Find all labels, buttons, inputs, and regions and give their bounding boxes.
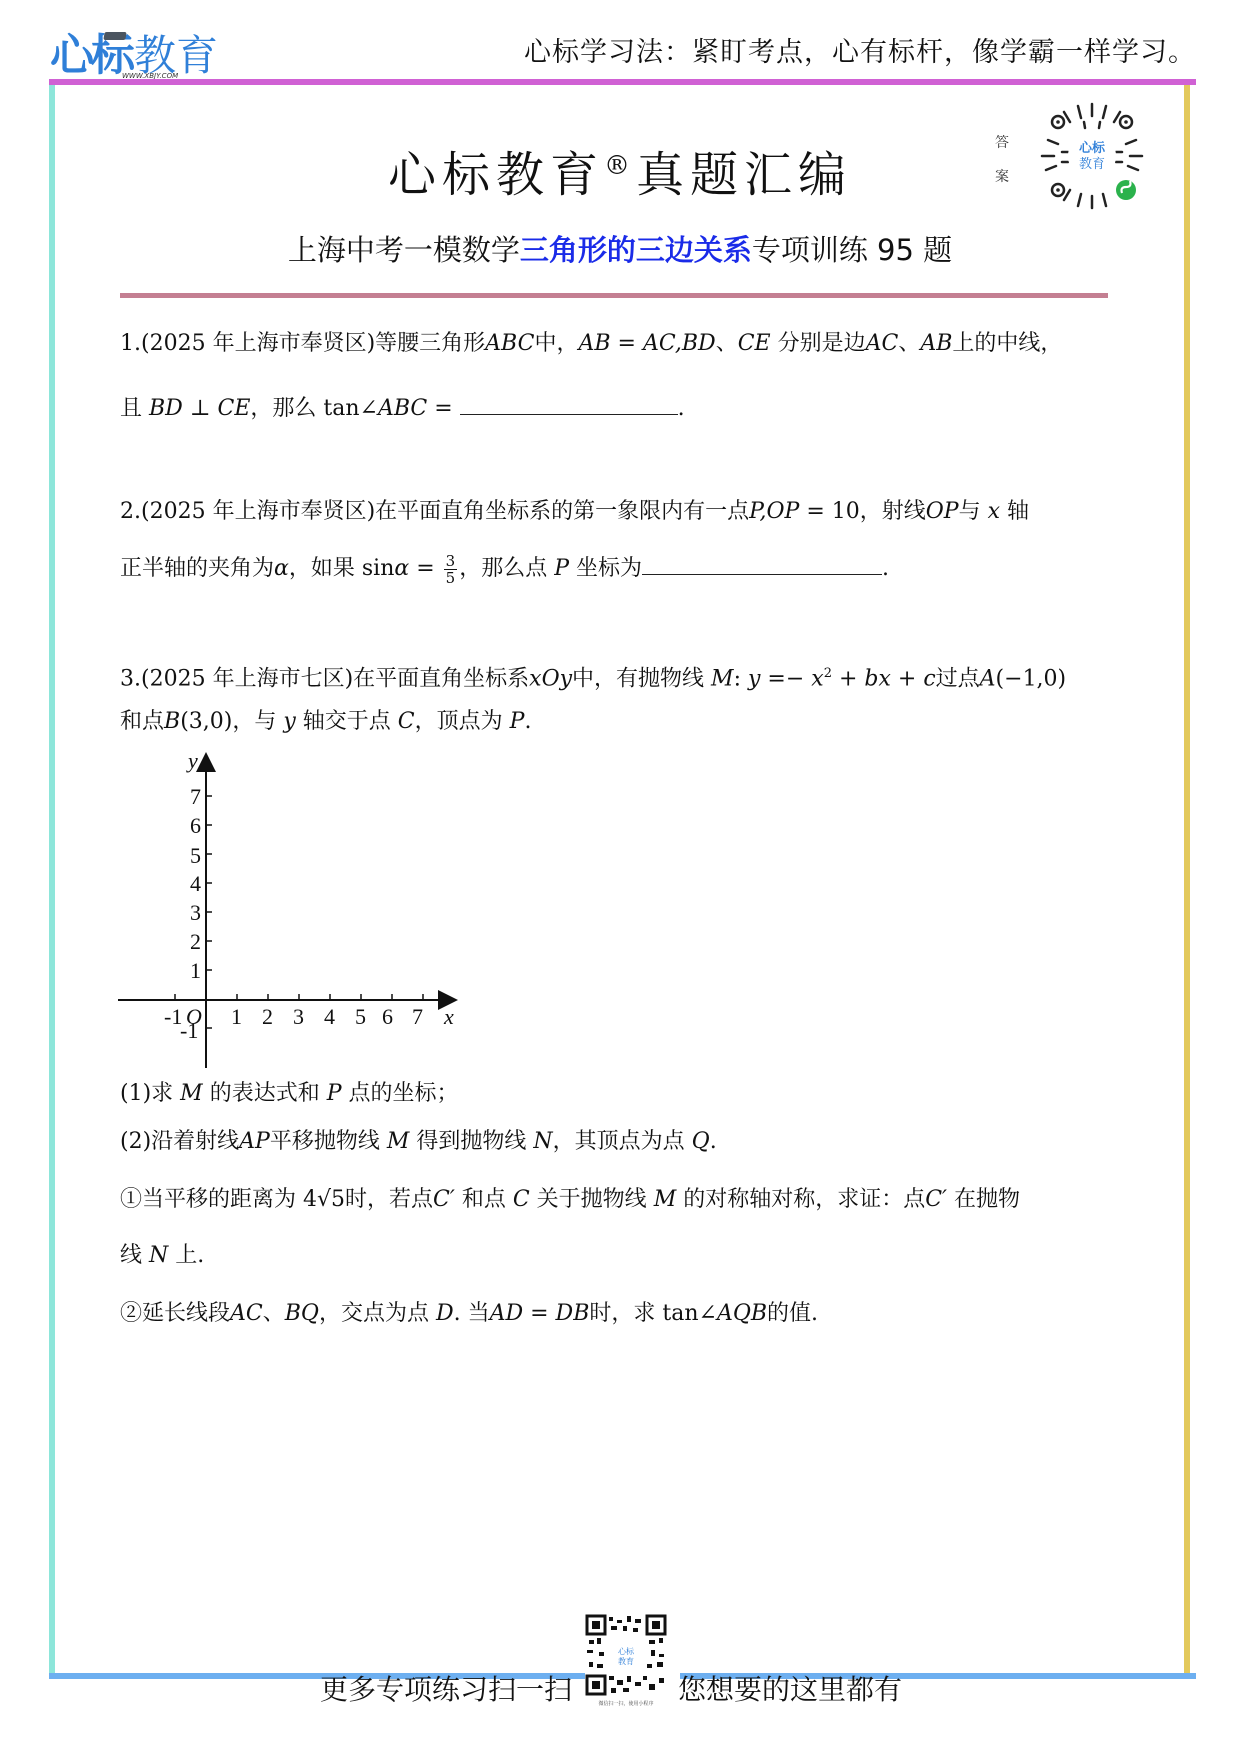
text: 平移抛物线: [270, 1129, 387, 1154]
text: 上的中线，: [952, 331, 1062, 356]
footer-qr-code-icon[interactable]: 心标 教育: [585, 1614, 667, 1696]
svg-text:心标: 心标: [1079, 140, 1106, 156]
text: 的值.: [767, 1301, 818, 1326]
graduation-cap-icon: [103, 32, 126, 40]
math: P: [510, 709, 525, 734]
text: 上.: [168, 1243, 204, 1268]
math: C′: [433, 1187, 455, 1212]
footer-qr-caption: 微信扫一扫，使用小程序: [585, 1700, 667, 1707]
text: 且: [120, 396, 149, 421]
text: 中，: [534, 331, 578, 356]
svg-text:2: 2: [262, 1004, 273, 1029]
math: M: [387, 1129, 410, 1154]
math: CE: [738, 331, 771, 356]
math: D: [436, 1301, 454, 1326]
answer-label-char-1: 答: [992, 126, 1012, 160]
question-1-line-2: 且 BD ⊥ CE，那么 tan∠ABC = .: [120, 392, 1110, 425]
svg-text:x: x: [443, 1004, 454, 1029]
text: 的对称轴对称，求证：点: [676, 1187, 925, 1212]
svg-text:4: 4: [324, 1004, 335, 1029]
svg-text:y: y: [186, 748, 198, 773]
question-2: 2.(2025 年上海市奉贤区)在平面直角坐标系的第一象限内有一点P,OP = …: [120, 496, 1110, 528]
text: = 10，射线: [799, 499, 925, 524]
svg-text:1: 1: [190, 958, 201, 983]
coordinate-grid-figure: -1 O 1 2 3 4 5 6 7 x -1 1 2 3 4 5 6 7 y: [114, 748, 464, 1068]
question-2-line-2: 正半轴的夹角为α，如果 sinα = 35，那么点 P 坐标为.: [120, 552, 1110, 586]
text: 过点: [936, 666, 980, 691]
text: 线: [120, 1243, 149, 1268]
svg-text:3: 3: [293, 1004, 304, 1029]
question-3-part-1: (1)求 M 的表达式和 P 点的坐标；: [120, 1078, 1110, 1110]
text: 点的坐标；: [342, 1081, 459, 1106]
text: 的表达式和: [203, 1081, 327, 1106]
math: B: [164, 709, 180, 734]
math: P,OP: [749, 499, 799, 524]
text: (1)求: [120, 1081, 180, 1106]
math: AQB: [717, 1301, 767, 1326]
title-divider: [120, 293, 1108, 298]
title-suffix: 真题汇编: [636, 147, 852, 203]
text: 和点: [455, 1187, 513, 1212]
text: (3,0)，与: [180, 709, 283, 734]
text: 分别是边: [771, 331, 866, 356]
text: =: [409, 556, 441, 581]
text: 、: [263, 1301, 285, 1326]
text: 轴交于点: [296, 709, 398, 734]
svg-text:教育: 教育: [618, 1656, 634, 1666]
svg-text:6: 6: [190, 813, 201, 838]
question-number: 3.: [120, 666, 141, 691]
text: .: [524, 709, 531, 734]
brand-logo: 心标 教育 WWW.XBJY.COM: [50, 24, 218, 80]
math: c: [923, 666, 935, 691]
math: BQ: [285, 1301, 319, 1326]
answer-label: 答 案: [992, 126, 1012, 194]
frame-right-border: [1184, 85, 1190, 1677]
text: (2025 年上海市奉贤区)在平面直角坐标系的第一象限内有一点: [141, 499, 749, 524]
text: .: [678, 396, 685, 421]
math: OP: [926, 499, 959, 524]
svg-text:5: 5: [190, 843, 201, 868]
answer-blank[interactable]: [460, 392, 678, 415]
math: α: [274, 556, 289, 581]
text: =−: [760, 666, 811, 691]
math: ABC: [378, 396, 427, 421]
math: M: [180, 1081, 203, 1106]
question-3-part-2-ii: ②延长线段AC、BQ，交点为点 D. 当AD = DB时，求 tan∠AQB的值…: [120, 1298, 1110, 1330]
subtitle-topic: 三角形的三边关系: [520, 233, 752, 267]
text: ，顶点为: [415, 709, 510, 734]
answer-label-char-2: 案: [992, 160, 1012, 194]
math: AB = AC,BD: [578, 331, 715, 356]
text: ，如果 sin: [289, 556, 395, 581]
question-3-part-2-i: ①当平移的距离为 4√5时，若点C′ 和点 C 关于抛物线 M 的对称轴对称，求…: [120, 1184, 1110, 1216]
text: =: [427, 396, 459, 421]
math: C: [513, 1187, 530, 1212]
subtitle-suffix: 专项训练 95 题: [752, 233, 952, 267]
text: 关于抛物线: [530, 1187, 654, 1212]
question-3-line-2: 和点B(3,0)，与 y 轴交于点 C，顶点为 P.: [120, 706, 1110, 738]
math: bx: [864, 666, 891, 691]
text: +: [832, 666, 864, 691]
text: ，其顶点为点: [553, 1129, 692, 1154]
text: 坐标为: [569, 556, 642, 581]
svg-text:3: 3: [190, 900, 201, 925]
text: 和点: [120, 709, 164, 734]
math: AC: [230, 1301, 263, 1326]
math: M: [711, 666, 734, 691]
question-3: 3.(2025 年上海市七区)在平面直角坐标系xOy中，有抛物线 M: y =−…: [120, 658, 1110, 695]
document-subtitle: 上海中考一模数学三角形的三边关系专项训练 95 题: [0, 228, 1240, 269]
denominator: 5: [446, 570, 456, 586]
math: P: [554, 556, 569, 581]
text: 时，求 tan∠: [589, 1301, 717, 1326]
svg-text:7: 7: [190, 784, 201, 809]
math: C′: [925, 1187, 947, 1212]
math: C: [398, 709, 415, 734]
answer-mini-program-qr-icon[interactable]: 心标 教育: [1036, 100, 1148, 212]
svg-text:-1: -1: [180, 1018, 198, 1043]
text: ，交点为点: [319, 1301, 436, 1326]
math: Q: [692, 1129, 710, 1154]
registered-mark: ®: [604, 151, 636, 181]
text: ①当平移的距离为 4√5时，若点: [120, 1187, 433, 1212]
text: 与: [959, 499, 988, 524]
math: P: [327, 1081, 342, 1106]
footer-text-right: 您想要的这里都有: [678, 1668, 902, 1708]
svg-text:心标: 心标: [618, 1646, 635, 1656]
math: ABC: [485, 331, 534, 356]
text: (2025 年上海市奉贤区)等腰三角形: [141, 331, 485, 356]
math: x: [988, 499, 1000, 524]
text: +: [891, 666, 923, 691]
math: xOy: [529, 666, 572, 691]
fraction: 35: [444, 553, 458, 586]
math: x: [811, 666, 823, 691]
math: AD = DB: [490, 1301, 590, 1326]
math: A: [980, 666, 996, 691]
numerator: 3: [444, 553, 458, 570]
math: AC: [866, 331, 899, 356]
svg-text:1: 1: [231, 1004, 242, 1029]
text: (−1,0): [996, 666, 1067, 691]
text: . 当: [454, 1301, 490, 1326]
text: (2)沿着射线: [120, 1129, 239, 1154]
svg-text:6: 6: [382, 1004, 393, 1029]
question-1: 1.(2025 年上海市奉贤区)等腰三角形ABC中，AB = AC,BD、CE …: [120, 328, 1110, 360]
footer-text-left: 更多专项练习扫一扫: [320, 1668, 572, 1708]
svg-text:5: 5: [355, 1004, 366, 1029]
answer-blank[interactable]: [642, 552, 882, 575]
exponent: 2: [824, 666, 832, 681]
math: BD ⊥ CE: [149, 396, 250, 421]
text: ，那么点: [459, 556, 554, 581]
math: N: [533, 1129, 552, 1154]
text: 、: [898, 331, 920, 356]
math: AP: [239, 1129, 270, 1154]
math: AB: [920, 331, 952, 356]
text: ②延长线段: [120, 1301, 230, 1326]
math: α: [394, 556, 409, 581]
text: :: [734, 666, 748, 691]
question-number: 2.: [120, 499, 141, 524]
math: y: [748, 666, 760, 691]
math: M: [654, 1187, 677, 1212]
math: N: [149, 1243, 168, 1268]
text: 在抛物: [947, 1187, 1020, 1212]
svg-text:2: 2: [190, 929, 201, 954]
question-3-part-2-i-cont: 线 N 上.: [120, 1240, 1110, 1272]
text: (2025 年上海市七区)在平面直角坐标系: [141, 666, 529, 691]
svg-text:7: 7: [412, 1004, 423, 1029]
text: .: [710, 1129, 717, 1154]
header-slogan: 心标学习法：紧盯考点，心有标杆，像学霸一样学习。: [524, 30, 1196, 69]
text: ，那么 tan∠: [250, 396, 378, 421]
subtitle-prefix: 上海中考一模数学: [288, 233, 520, 267]
title-brand: 心标教育: [388, 147, 604, 203]
text: 得到抛物线: [409, 1129, 533, 1154]
frame-left-border: [49, 85, 55, 1677]
question-number: 1.: [120, 331, 141, 356]
text: 正半轴的夹角为: [120, 556, 274, 581]
text: 、: [716, 331, 738, 356]
text: .: [882, 556, 889, 581]
svg-text:教育: 教育: [1079, 156, 1105, 172]
text: 中，有抛物线: [572, 666, 711, 691]
frame-top-border: [49, 79, 1196, 85]
text: 轴: [1000, 499, 1029, 524]
question-3-part-2: (2)沿着射线AP平移抛物线 M 得到抛物线 N，其顶点为点 Q.: [120, 1126, 1110, 1158]
svg-text:4: 4: [190, 871, 201, 896]
math: y: [283, 709, 295, 734]
